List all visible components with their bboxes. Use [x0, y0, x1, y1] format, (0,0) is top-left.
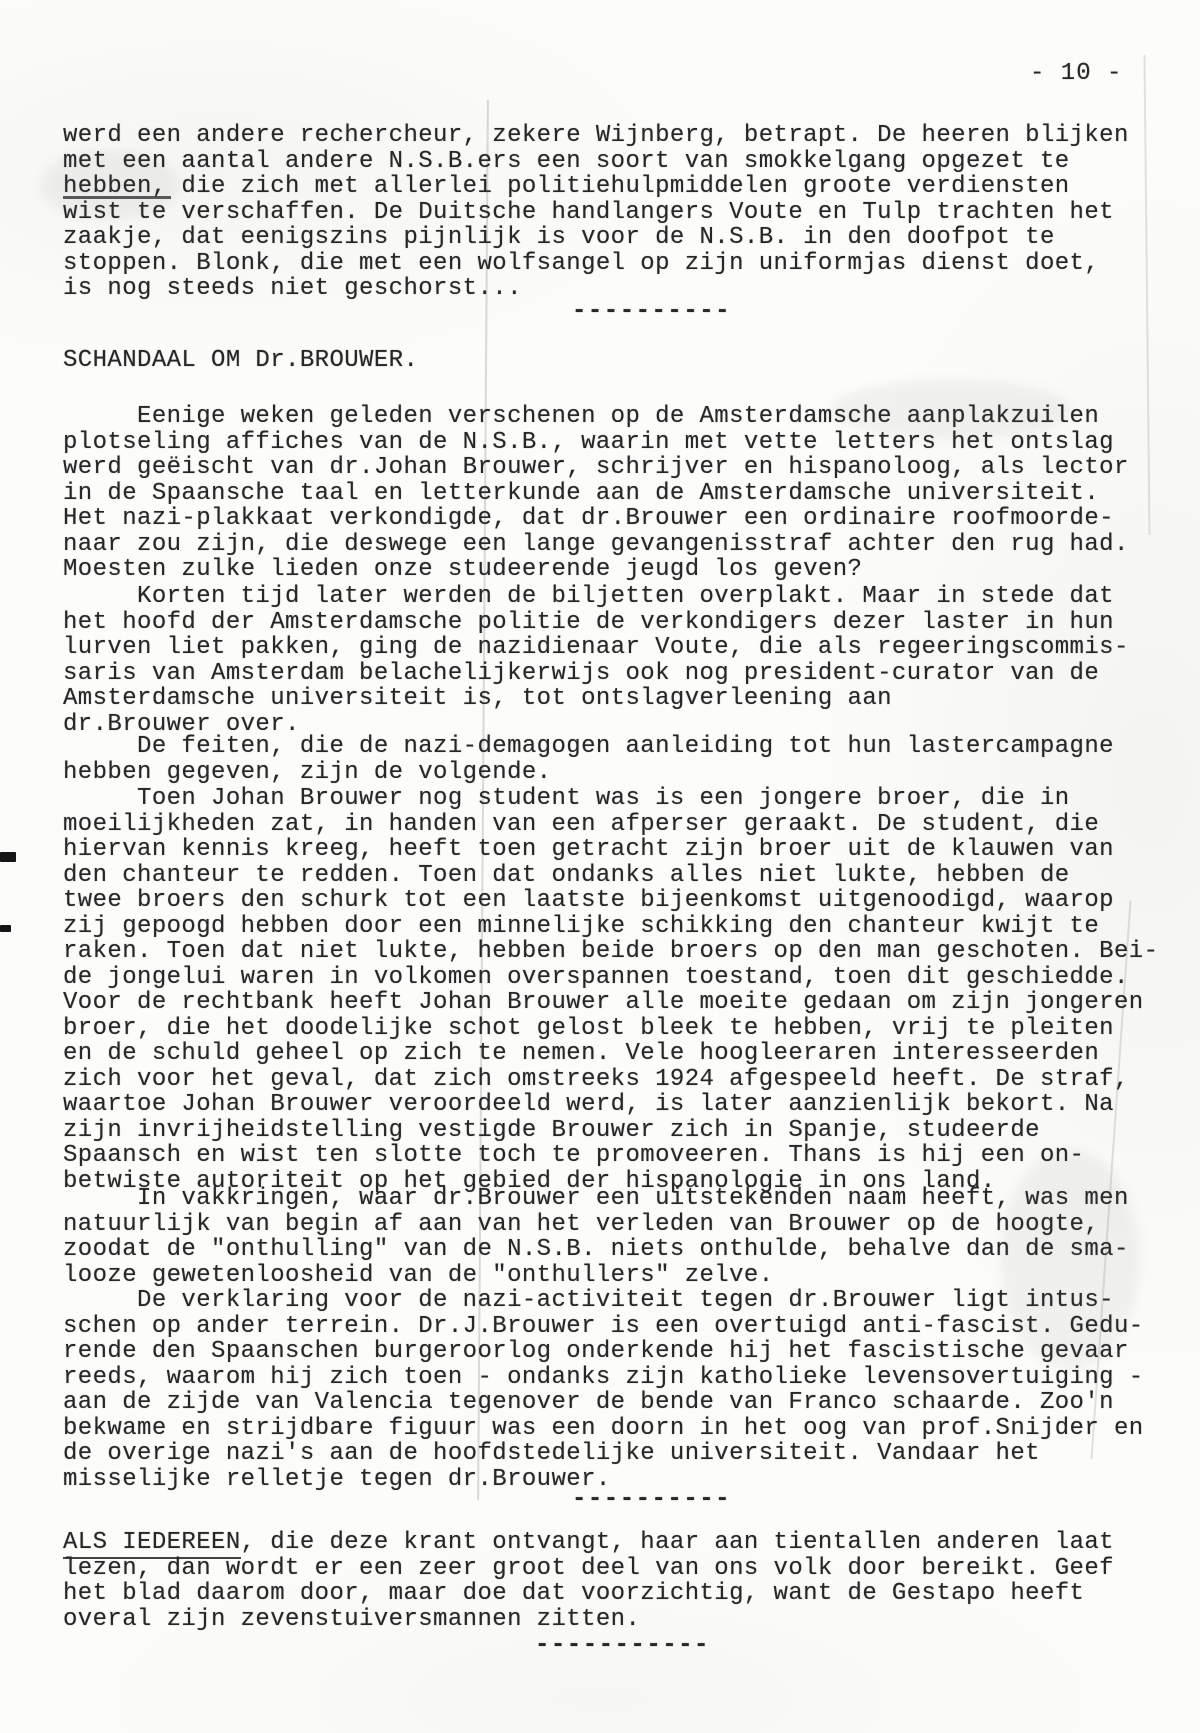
- article-paragraph: De feiten, die de nazi-demagogen aanleid…: [63, 734, 1114, 785]
- page-number: - 10 -: [1030, 60, 1122, 87]
- crease-line: [1143, 55, 1150, 535]
- article-paragraph: Eenige weken geleden verschenen op de Am…: [63, 404, 1129, 583]
- article-paragraph: Korten tijd later werden de biljetten ov…: [63, 584, 1129, 737]
- scan-edge-mark: [0, 852, 16, 862]
- section-divider: ----------: [572, 1486, 731, 1513]
- scanned-page: - 10 - werd een andere rechercheur, zeke…: [0, 0, 1200, 1733]
- scan-edge-mark: [0, 925, 11, 932]
- article-paragraph: De verklaring voor de nazi-activiteit te…: [63, 1288, 1144, 1492]
- article-paragraph: Toen Johan Brouwer nog student was is ee…: [63, 786, 1158, 1194]
- footer-note: ALS IEDEREEN, die deze krant ontvangt, h…: [63, 1530, 1114, 1632]
- section-divider: -----------: [535, 1632, 710, 1659]
- intro-paragraph: werd een andere rechercheur, zekere Wijn…: [63, 123, 1129, 302]
- article-heading: SCHANDAAL OM Dr.BROUWER.: [63, 347, 418, 374]
- section-divider: ----------: [572, 298, 731, 325]
- article-paragraph: In vakkringen, waar dr.Brouwer een uitst…: [63, 1186, 1129, 1288]
